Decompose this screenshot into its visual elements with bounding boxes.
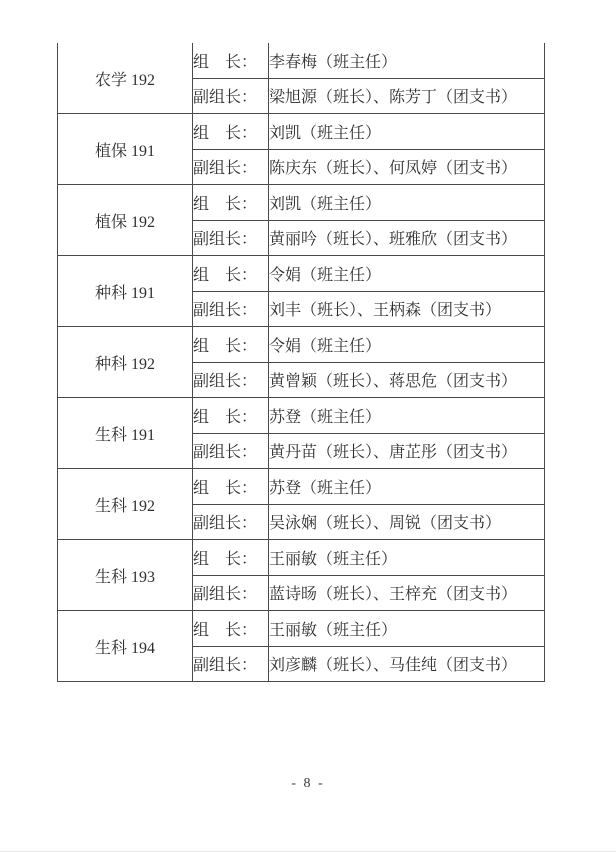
leader-name-cell: 王丽敏（班主任）	[269, 540, 545, 576]
leader-role-label: 组 长：	[193, 540, 269, 576]
deputy-role-label: 副组长：	[193, 220, 269, 256]
deputy-names-cell: 陈庆东（班长）、何凤婷（团支书）	[269, 149, 545, 185]
roster-block-leader-row: 植保 192 组 长： 刘凯（班主任）	[58, 185, 545, 221]
document-page: 农学 192 组 长： 李春梅（班主任） 副组长： 梁旭源（班长）、陈芳丁（团支…	[0, 0, 616, 852]
class-name-cell: 生科 192	[58, 469, 193, 540]
class-name-cell: 种科 191	[58, 256, 193, 327]
deputy-names-cell: 黄曾颖（班长）、蒋思危（团支书）	[269, 362, 545, 398]
deputy-role-label: 副组长：	[193, 646, 269, 682]
leader-role-label: 组 长：	[193, 43, 269, 78]
roster-block-leader-row: 种科 191 组 长： 令娟（班主任）	[58, 256, 545, 292]
leader-name-cell: 令娟（班主任）	[269, 327, 545, 363]
deputy-names-cell: 梁旭源（班长）、陈芳丁（团支书）	[269, 78, 545, 114]
class-name-cell: 农学 192	[58, 43, 193, 114]
roster-block-leader-row: 种科 192 组 长： 令娟（班主任）	[58, 327, 545, 363]
leader-name-cell: 苏登（班主任）	[269, 469, 545, 505]
deputy-role-label: 副组长：	[193, 149, 269, 185]
page-number: - 8 -	[0, 776, 616, 792]
leader-role-label: 组 长：	[193, 611, 269, 647]
class-name-cell: 生科 193	[58, 540, 193, 611]
deputy-role-label: 副组长：	[193, 362, 269, 398]
class-name-cell: 植保 192	[58, 185, 193, 256]
leader-name-cell: 刘凯（班主任）	[269, 185, 545, 221]
deputy-names-cell: 刘丰（班长）、王柄森（团支书）	[269, 291, 545, 327]
roster-block-leader-row: 生科 193 组 长： 王丽敏（班主任）	[58, 540, 545, 576]
leader-role-label: 组 长：	[193, 469, 269, 505]
deputy-role-label: 副组长：	[193, 504, 269, 540]
leader-role-label: 组 长：	[193, 185, 269, 221]
class-leader-roster-table: 农学 192 组 长： 李春梅（班主任） 副组长： 梁旭源（班长）、陈芳丁（团支…	[57, 43, 545, 682]
deputy-names-cell: 黄丽吟（班长）、班雅欣（团支书）	[269, 220, 545, 256]
leader-name-cell: 李春梅（班主任）	[269, 43, 545, 78]
class-name-cell: 生科 191	[58, 398, 193, 469]
deputy-names-cell: 刘彦麟（班长）、马佳纯（团支书）	[269, 646, 545, 682]
leader-role-label: 组 长：	[193, 256, 269, 292]
deputy-role-label: 副组长：	[193, 291, 269, 327]
leader-name-cell: 苏登（班主任）	[269, 398, 545, 434]
class-name-cell: 生科 194	[58, 611, 193, 682]
roster-block-leader-row: 农学 192 组 长： 李春梅（班主任）	[58, 43, 545, 78]
leader-name-cell: 王丽敏（班主任）	[269, 611, 545, 647]
class-name-cell: 种科 192	[58, 327, 193, 398]
deputy-names-cell: 黄丹苗（班长）、唐芷彤（团支书）	[269, 433, 545, 469]
class-name-cell: 植保 191	[58, 114, 193, 185]
deputy-role-label: 副组长：	[193, 433, 269, 469]
leader-name-cell: 刘凯（班主任）	[269, 114, 545, 150]
roster-block-leader-row: 生科 192 组 长： 苏登（班主任）	[58, 469, 545, 505]
leader-role-label: 组 长：	[193, 398, 269, 434]
leader-role-label: 组 长：	[193, 114, 269, 150]
roster-block-leader-row: 植保 191 组 长： 刘凯（班主任）	[58, 114, 545, 150]
deputy-names-cell: 蓝诗旸（班长）、王梓充（团支书）	[269, 575, 545, 611]
deputy-names-cell: 吴泳娴（班长）、周锐（团支书）	[269, 504, 545, 540]
deputy-role-label: 副组长：	[193, 575, 269, 611]
roster-block-leader-row: 生科 191 组 长： 苏登（班主任）	[58, 398, 545, 434]
roster-table-body: 农学 192 组 长： 李春梅（班主任） 副组长： 梁旭源（班长）、陈芳丁（团支…	[58, 43, 545, 682]
roster-block-leader-row: 生科 194 组 长： 王丽敏（班主任）	[58, 611, 545, 647]
leader-name-cell: 令娟（班主任）	[269, 256, 545, 292]
leader-role-label: 组 长：	[193, 327, 269, 363]
deputy-role-label: 副组长：	[193, 78, 269, 114]
